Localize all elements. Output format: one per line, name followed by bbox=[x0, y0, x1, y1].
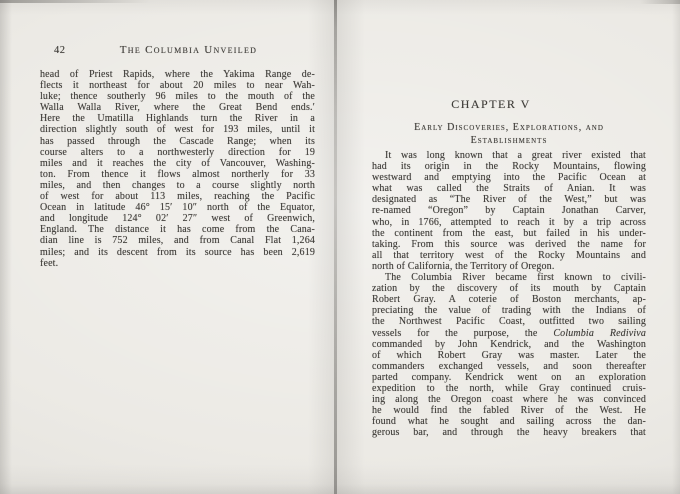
text-line: ing along the Oregon coast where he was … bbox=[372, 394, 646, 405]
text-line: he would find the fabled River of the We… bbox=[372, 405, 646, 416]
text-segment: vessels for the purpose, the bbox=[372, 328, 553, 339]
text-line: miles, and then changes to a course slig… bbox=[40, 180, 315, 191]
scan-smudge-top-left bbox=[0, 0, 150, 3]
text-line: The Columbia River became first known to… bbox=[372, 272, 646, 283]
text-line: of which Robert Gray was master. Later t… bbox=[372, 350, 646, 361]
text-line: commanders exchanged vessels, and soon t… bbox=[372, 361, 646, 372]
paragraph-1: It was long known that a great river exi… bbox=[372, 150, 646, 261]
chapter-heading: CHAPTER V bbox=[372, 97, 646, 112]
text-line: It was long known that a great river exi… bbox=[372, 150, 646, 161]
text-line: and longitude 124° 02′ 27″ west of Green… bbox=[40, 213, 315, 224]
left-page-header: 42 The Columbia Unveiled bbox=[40, 44, 315, 58]
text-line: parted company. Kendrick went on an expl… bbox=[372, 372, 646, 383]
text-line: England. The distance it has come from t… bbox=[40, 224, 315, 235]
scan-edge-left bbox=[0, 0, 12, 494]
page-number: 42 bbox=[54, 45, 66, 56]
text-line: course alters to a northwesterly directi… bbox=[40, 147, 315, 158]
text-line: Walla Walla River, where the Great Bend … bbox=[40, 102, 315, 113]
text-line-with-italic: vessels for the purpose, the Columbia Re… bbox=[372, 328, 646, 339]
text-line: of west for about 113 miles, reaching th… bbox=[40, 191, 315, 202]
text-line: head of Priest Rapids, where the Yakima … bbox=[40, 69, 315, 80]
text-line: luke; thence southerly 96 miles to the m… bbox=[40, 91, 315, 102]
text-line: flects it northeast for about 20 miles t… bbox=[40, 80, 315, 91]
text-line: ton. From thence it flows almost norther… bbox=[40, 169, 315, 180]
text-line: all that territory west of the Rocky Mou… bbox=[372, 250, 646, 261]
section-heading-line: Establishments bbox=[372, 135, 646, 148]
paragraph-2-start: The Columbia River became first known to… bbox=[372, 272, 646, 327]
book-spread: 42 The Columbia Unveiled head of Priest … bbox=[0, 0, 680, 494]
running-head: The Columbia Unveiled bbox=[40, 44, 315, 56]
page-gutter bbox=[334, 0, 337, 494]
text-line: preciating the value of trading with the… bbox=[372, 305, 646, 316]
text-line: taking. From this source was derived the… bbox=[372, 239, 646, 250]
text-line: Here the Umatilla Highlands turn the Riv… bbox=[40, 113, 315, 124]
text-line: Ocean in latitude 46° 15′ 10″ north of t… bbox=[40, 202, 315, 213]
left-body-lines: head of Priest Rapids, where the Yakima … bbox=[40, 69, 315, 258]
gutter-shadow-right bbox=[337, 0, 365, 494]
text-line: Robert Gray. A coterie of Boston merchan… bbox=[372, 294, 646, 305]
text-line: dian line is 752 miles, and from Canal F… bbox=[40, 235, 315, 246]
text-line: gerous bar, and through the heavy breake… bbox=[372, 427, 646, 438]
text-line: re-named “Oregon” by Captain Jonathan Ca… bbox=[372, 205, 646, 216]
text-line: commanded by John Kendrick, and the Wash… bbox=[372, 339, 646, 350]
left-page: 42 The Columbia Unveiled head of Priest … bbox=[40, 44, 315, 58]
paragraph-2-end: commanded by John Kendrick, and the Wash… bbox=[372, 339, 646, 439]
text-line: found what he sought and sailing across … bbox=[372, 416, 646, 427]
section-heading-line: Early Discoveries, Explorations, and bbox=[372, 122, 646, 135]
scan-smudge-top-right bbox=[640, 0, 680, 4]
text-line: westward and emptying into the Pacific O… bbox=[372, 172, 646, 183]
text-line: zation by the discovery of its mouth by … bbox=[372, 283, 646, 294]
text-line: direction slightly south of west for 193… bbox=[40, 124, 315, 135]
text-line: miles and it reaches the city of Vancouv… bbox=[40, 158, 315, 169]
section-heading: Early Discoveries, Explorations, and Est… bbox=[372, 122, 646, 147]
text-line: had its origin in the Rocky Mountains, f… bbox=[372, 161, 646, 172]
text-line: who, in 1766, attempted to reach it by a… bbox=[372, 217, 646, 228]
text-line: has passed through the Cascade Range; wh… bbox=[40, 136, 315, 147]
text-line: what was called the Straits of Anian. It… bbox=[372, 183, 646, 194]
left-page-text: head of Priest Rapids, where the Yakima … bbox=[40, 69, 315, 269]
text-line: expedition to the north, while Gray cont… bbox=[372, 383, 646, 394]
text-line: north of California, the Territory of Or… bbox=[372, 261, 646, 272]
ship-name-italic: Columbia Rediviva bbox=[553, 328, 646, 339]
text-line: the Northwest Pacific Coast, outfitted t… bbox=[372, 316, 646, 327]
text-line: designated as “The River of the West,” b… bbox=[372, 194, 646, 205]
text-line: miles; and its descent from its source h… bbox=[40, 247, 315, 258]
text-line: feet. bbox=[40, 258, 315, 269]
text-line: the continent from the east, but failed … bbox=[372, 228, 646, 239]
right-page-text: It was long known that a great river exi… bbox=[372, 150, 646, 438]
scan-edge-right bbox=[672, 0, 680, 494]
